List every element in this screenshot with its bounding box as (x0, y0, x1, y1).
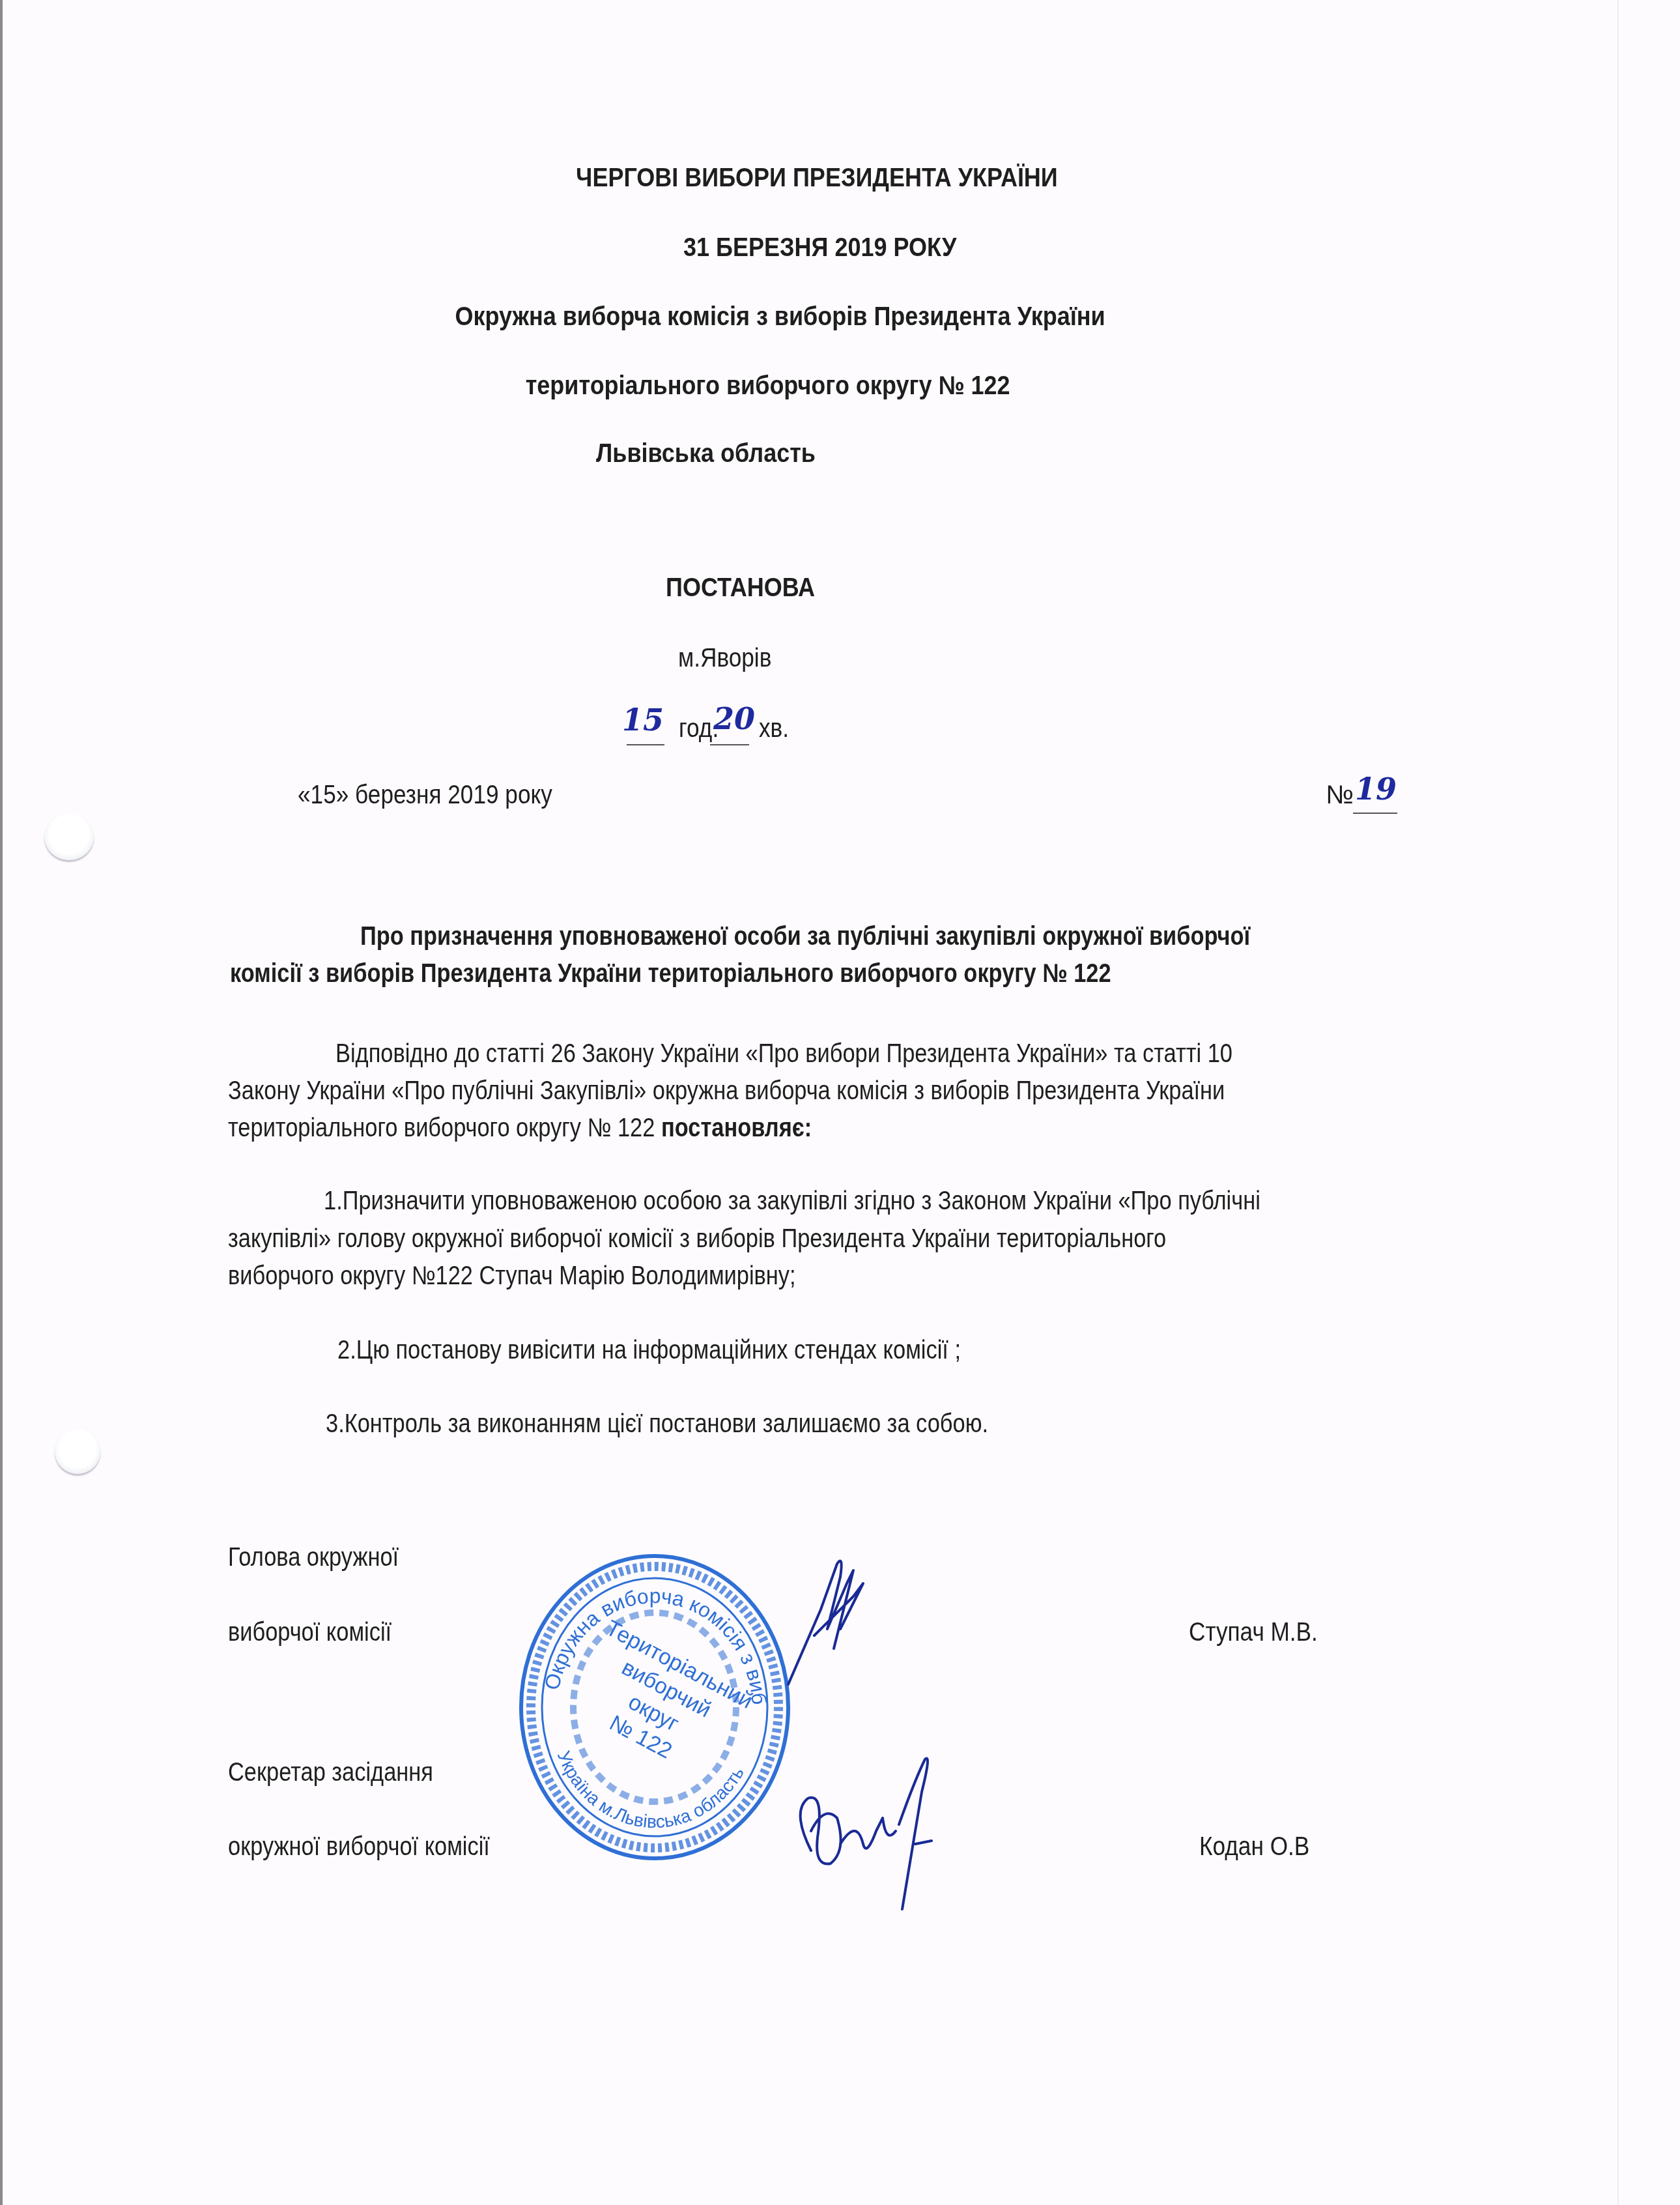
number-label: № (1326, 782, 1354, 808)
minutes-handwritten: 20 (713, 704, 755, 734)
preamble-line-2: Закону України «Про публічні Закупівлі» … (228, 1078, 1225, 1104)
secretary-name: Кодан О.В (1199, 1834, 1309, 1860)
punch-hole-bottom (55, 1428, 100, 1474)
preamble-line-3-text: територіального виборчого округу № 122 (228, 1114, 661, 1142)
scan-right-edge (1617, 0, 1619, 2205)
document-date: «15» березня 2019 року (298, 782, 552, 808)
item-2: 2.Цю постанову вивісити на інформаційних… (337, 1337, 961, 1363)
document-type: ПОСТАНОВА (666, 575, 815, 601)
header-district: територіального виборчого округу № 122 (526, 373, 1010, 399)
official-stamp: Окружна виборча комісія з виборів Презид… (511, 1548, 798, 1867)
punch-hole-top (44, 813, 94, 860)
minutes-label: хв. (759, 715, 789, 742)
header-commission-name: Окружна виборча комісія з виборів Презид… (455, 304, 1105, 330)
hours-underline (627, 744, 664, 745)
chair-name: Ступач М.В. (1189, 1619, 1318, 1645)
minutes-underline (710, 744, 749, 745)
number-handwritten: 19 (1355, 774, 1397, 804)
item-1-line-2: закупівлі» голову окружної виборчої комі… (228, 1226, 1166, 1252)
hours-label: год. (679, 715, 719, 742)
hours-handwritten: 15 (622, 705, 664, 735)
secretary-role-line-1: Секретар засідання (228, 1759, 433, 1785)
title-line-1: Про призначення уповноваженої особи за п… (360, 923, 1250, 949)
chair-signature (775, 1557, 873, 1688)
item-3: 3.Контроль за виконанням цієї постанови … (326, 1411, 988, 1437)
item-1-line-1: 1.Призначити уповноваженою особою за зак… (324, 1188, 1260, 1214)
secretary-role-line-2: окружної виборчої комісії (228, 1834, 490, 1860)
number-underline (1353, 813, 1397, 814)
document-city: м.Яворів (678, 645, 771, 671)
chair-role-line-1: Голова окружної (228, 1544, 399, 1570)
secretary-signature (785, 1753, 954, 1916)
title-line-2: комісії з виборів Президента України тер… (230, 960, 1111, 987)
header-election-date: 31 БЕРЕЗНЯ 2019 РОКУ (683, 235, 956, 261)
preamble-line-3: територіального виборчого округу № 122 п… (228, 1115, 812, 1141)
header-region: Львівська область (596, 440, 816, 467)
chair-role-line-2: виборчої комісії (228, 1619, 392, 1645)
scan-left-edge (0, 0, 3, 2205)
preamble-line-1: Відповідно до статті 26 Закону України «… (335, 1041, 1232, 1067)
item-1-line-3: виборчого округу №122 Ступач Марію Волод… (228, 1263, 796, 1289)
preamble-resolves: постановляє: (661, 1114, 812, 1142)
header-election-title: ЧЕРГОВІ ВИБОРИ ПРЕЗИДЕНТА УКРАЇНИ (576, 165, 1058, 191)
